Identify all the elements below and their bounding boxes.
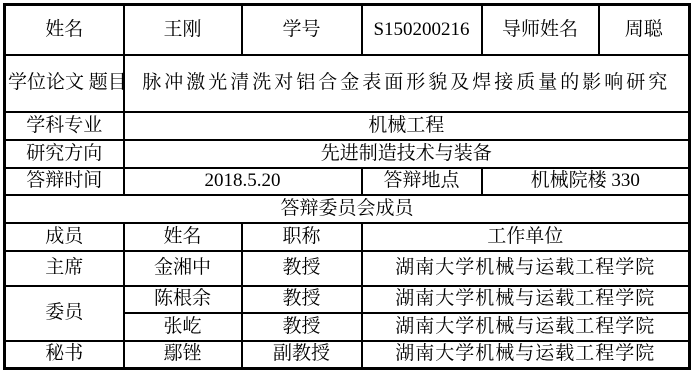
advisor-label: 导师姓名 [482,5,599,55]
row-discipline: 学科专业 机械工程 [5,112,690,140]
member-name: 金湘中 [124,251,242,286]
committee-col-role: 成员 [5,223,124,251]
member-title: 教授 [242,286,362,313]
member-name: 陈根余 [124,286,242,313]
committee-row-secretary: 秘书 鄢锉 副教授 湖南大学机械与运载工程学院 [5,341,690,369]
row-committee-section-title: 答辩委员会成员 [5,195,690,223]
member-role: 秘书 [5,341,124,369]
member-affiliation: 湖南大学机械与运载工程学院 [362,286,690,313]
committee-col-name: 姓名 [124,223,242,251]
committee-row-chairman: 主席 金湘中 教授 湖南大学机械与运载工程学院 [5,251,690,286]
defense-time-label: 答辩时间 [5,168,124,195]
committee-col-title: 职称 [242,223,362,251]
member-name: 鄢锉 [124,341,242,369]
defense-place-label: 答辩地点 [362,168,482,195]
row-research-direction: 研究方向 先进制造技术与装备 [5,140,690,168]
committee-col-affiliation: 工作单位 [362,223,690,251]
research-direction-label: 研究方向 [5,140,124,168]
thesis-title-label: 学位论文 题目 [5,55,124,112]
member-role: 委员 [5,286,124,341]
committee-section-title: 答辩委员会成员 [5,195,690,223]
member-affiliation: 湖南大学机械与运载工程学院 [362,341,690,369]
row-student-info: 姓名 王刚 学号 S150200216 导师姓名 周聪 [5,5,690,55]
name-value: 王刚 [124,5,242,55]
member-affiliation: 湖南大学机械与运载工程学院 [362,313,690,341]
student-id-value: S150200216 [362,5,482,55]
member-title: 教授 [242,251,362,286]
member-title: 教授 [242,313,362,341]
member-role: 主席 [5,251,124,286]
defense-time-value: 2018.5.20 [124,168,362,195]
row-defense-time-place: 答辩时间 2018.5.20 答辩地点 机械院楼 330 [5,168,690,195]
name-label: 姓名 [5,5,124,55]
committee-row-member-1: 委员 陈根余 教授 湖南大学机械与运载工程学院 [5,286,690,313]
member-affiliation: 湖南大学机械与运载工程学院 [362,251,690,286]
member-name: 张屹 [124,313,242,341]
defense-info-table: 姓名 王刚 学号 S150200216 导师姓名 周聪 学位论文 题目 脉冲激光… [3,3,691,370]
student-id-label: 学号 [242,5,362,55]
discipline-label: 学科专业 [5,112,124,140]
row-committee-header: 成员 姓名 职称 工作单位 [5,223,690,251]
research-direction-value: 先进制造技术与装备 [124,140,690,168]
row-thesis-title: 学位论文 题目 脉冲激光清洗对铝合金表面形貌及焊接质量的影响研究 [5,55,690,112]
member-title: 副教授 [242,341,362,369]
thesis-title-value: 脉冲激光清洗对铝合金表面形貌及焊接质量的影响研究 [124,55,690,112]
advisor-value: 周聪 [599,5,690,55]
discipline-value: 机械工程 [124,112,690,140]
defense-place-value: 机械院楼 330 [482,168,690,195]
